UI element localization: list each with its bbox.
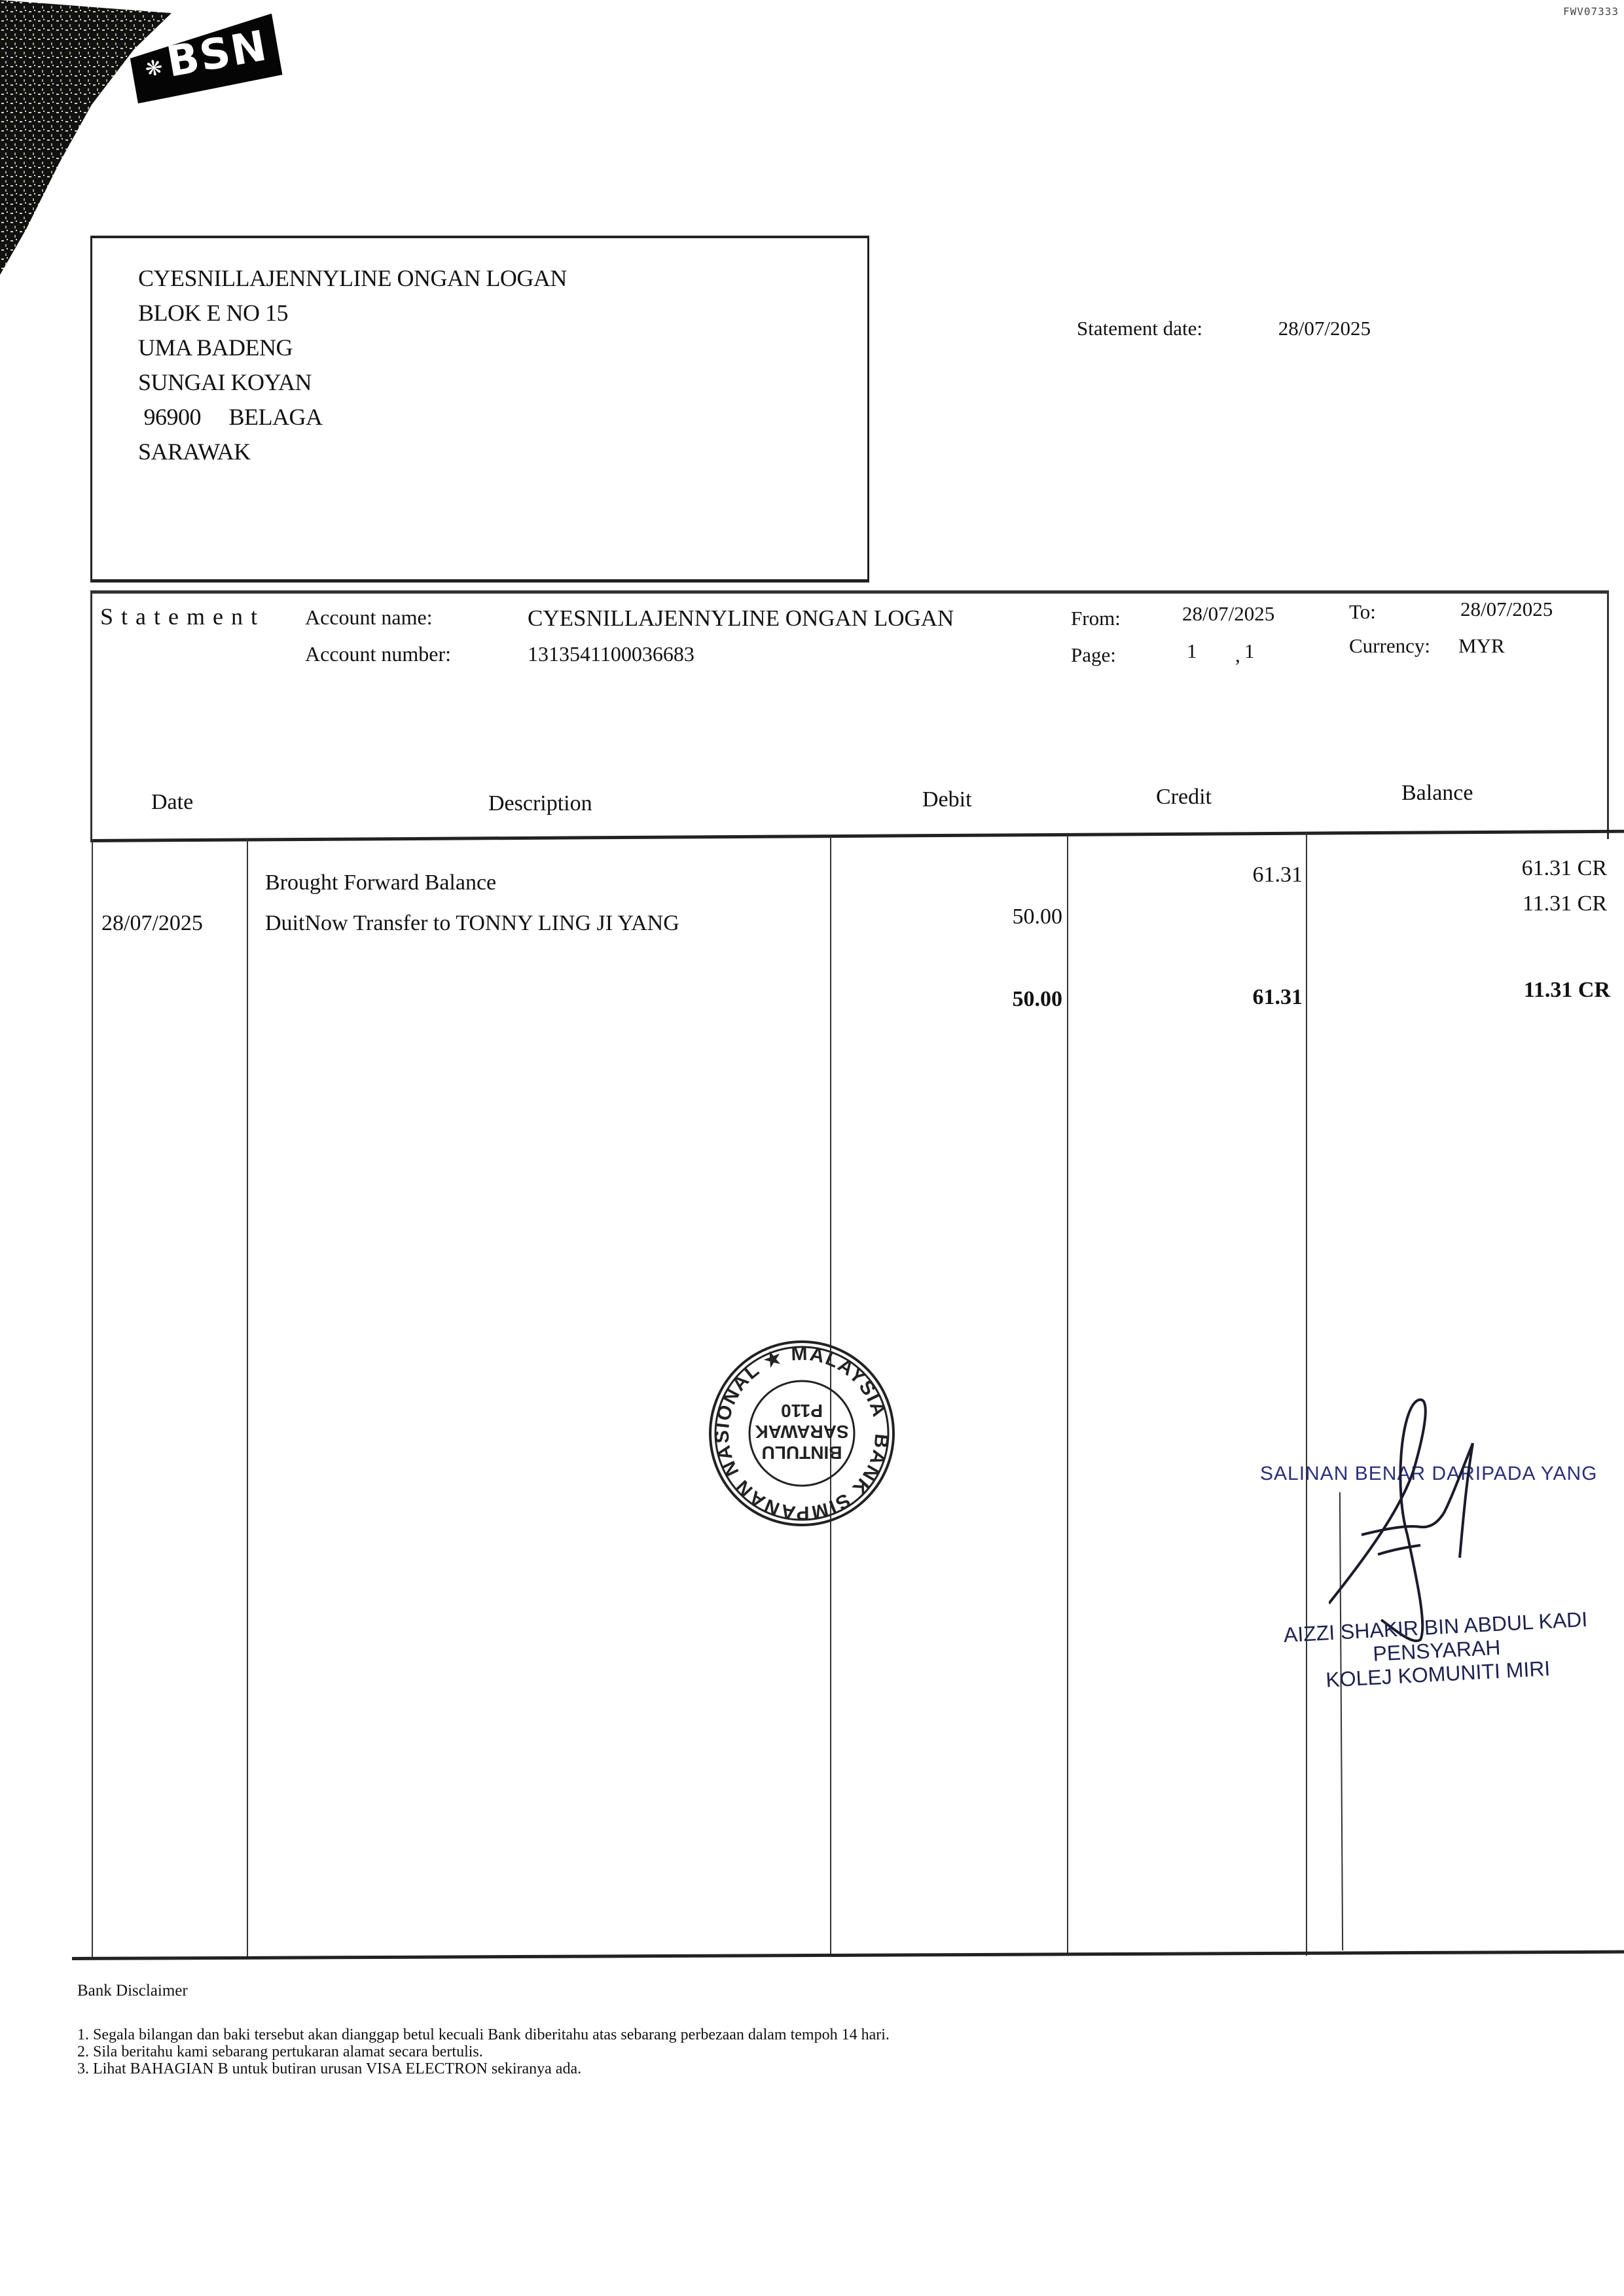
- total-balance: 11.31 CR: [1342, 978, 1610, 1003]
- disclaimer-item: 1. Segala bilangan dan baki tersebut aka…: [77, 2026, 890, 2043]
- stamp-inner-line-1: BINTULU: [762, 1443, 842, 1463]
- disclaimer-item: 3. Lihat BAHAGIAN B untuk butiran urusan…: [77, 2060, 890, 2077]
- handwritten-signature: [1329, 1397, 1525, 1646]
- table-border-left: [92, 839, 93, 1958]
- total-credit: 61.31: [1047, 985, 1303, 1010]
- total-debit: 50.00: [851, 987, 1062, 1012]
- stamp-inner-line-2: SARAWAK: [755, 1422, 848, 1442]
- row-description: Brought Forward Balance: [265, 870, 496, 895]
- stamp-inner-line-3: P110: [781, 1401, 823, 1421]
- row-description: DuitNow Transfer to TONNY LING JI YANG: [265, 911, 679, 936]
- column-divider-credit: [1306, 833, 1307, 1956]
- disclaimer-title: Bank Disclaimer: [77, 1982, 890, 2000]
- row-balance: 11.31 CR: [1342, 891, 1607, 916]
- row-date: 28/07/2025: [101, 911, 203, 936]
- disclaimer-item: 2. Sila beritahu kami sebarang pertukara…: [77, 2043, 890, 2060]
- row-balance: 61.31 CR: [1342, 856, 1607, 881]
- bank-branch-stamp: BANK SIMPANAN NASIONAL ★ MALAYSIA ★ BINT…: [704, 1335, 900, 1532]
- disclaimer-items: 1. Segala bilangan dan baki tersebut aka…: [77, 2026, 890, 2077]
- bank-disclaimer: Bank Disclaimer 1. Segala bilangan dan b…: [77, 1982, 890, 2077]
- column-divider-date: [247, 839, 248, 1957]
- row-debit: 50.00: [851, 905, 1062, 929]
- row-credit: 61.31: [1047, 863, 1303, 888]
